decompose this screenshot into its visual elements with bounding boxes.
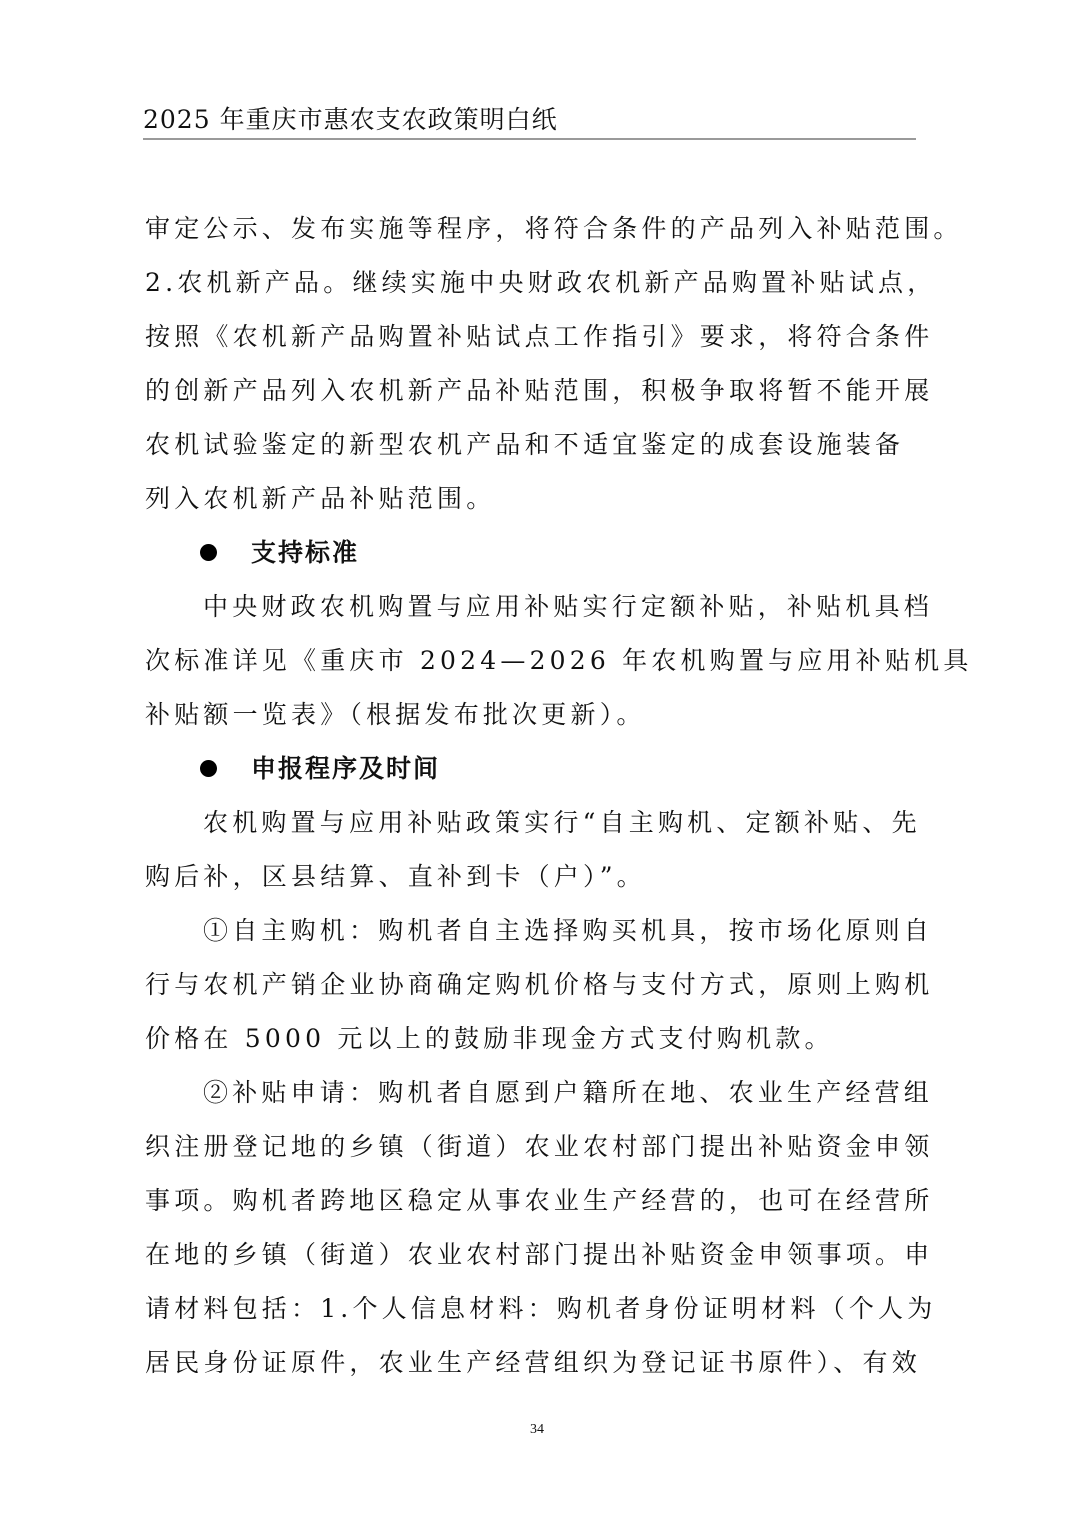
body-line: 列入农机新产品补贴范围。: [145, 482, 915, 516]
body-line: ②补贴申请：购机者自愿到户籍所在地、农业生产经营组: [203, 1076, 973, 1110]
body-line: 农机试验鉴定的新型农机产品和不适宜鉴定的成套设施装备: [145, 428, 915, 462]
body-line: 2.农机新产品。继续实施中央财政农机新产品购置补贴试点，: [145, 266, 915, 300]
bullet-icon: [200, 760, 217, 777]
body-line: ①自主购机：购机者自主选择购买机具，按市场化原则自: [203, 914, 973, 948]
body-line: 事项。购机者跨地区稳定从事农业生产经营的，也可在经营所: [145, 1184, 915, 1218]
body-line: 在地的乡镇（街道）农业农村部门提出补贴资金申领事项。申: [145, 1238, 915, 1272]
body-line: 按照《农机新产品购置补贴试点工作指引》要求，将符合条件: [145, 320, 915, 354]
body-line: 的创新产品列入农机新产品补贴范围，积极争取将暂不能开展: [145, 374, 915, 408]
section-heading-support-standard: 支持标准: [200, 536, 359, 570]
running-header-title: 2025 年重庆市惠农支农政策明白纸: [143, 100, 558, 136]
body-line: 价格在 5000 元以上的鼓励非现金方式支付购机款。: [145, 1022, 915, 1056]
body-line: 织注册登记地的乡镇（街道）农业农村部门提出补贴资金申领: [145, 1130, 915, 1164]
body-line: 农机购置与应用补贴政策实行“自主购机、定额补贴、先: [203, 806, 973, 840]
body-line: 购后补，区县结算、直补到卡（户）”。: [145, 860, 915, 894]
body-line: 中央财政农机购置与应用补贴实行定额补贴，补贴机具档: [203, 590, 973, 624]
body-line: 次标准详见《重庆市 2024—2026 年农机购置与应用补贴机具: [145, 644, 915, 678]
section-heading-procedure: 申报程序及时间: [200, 752, 440, 786]
body-line: 行与农机产销企业协商确定购机价格与支付方式，原则上购机: [145, 968, 915, 1002]
page-number: 34: [0, 1422, 1074, 1438]
body-line: 居民身份证原件，农业生产经营组织为登记证书原件）、有效: [145, 1346, 915, 1380]
header-divider: [143, 138, 916, 140]
body-line: 请材料包括：1.个人信息材料：购机者身份证明材料（个人为: [145, 1292, 915, 1326]
bullet-icon: [200, 544, 217, 561]
body-line: 补贴额一览表》（根据发布批次更新）。: [145, 698, 915, 732]
body-line: 审定公示、发布实施等程序，将符合条件的产品列入补贴范围。: [145, 212, 915, 246]
